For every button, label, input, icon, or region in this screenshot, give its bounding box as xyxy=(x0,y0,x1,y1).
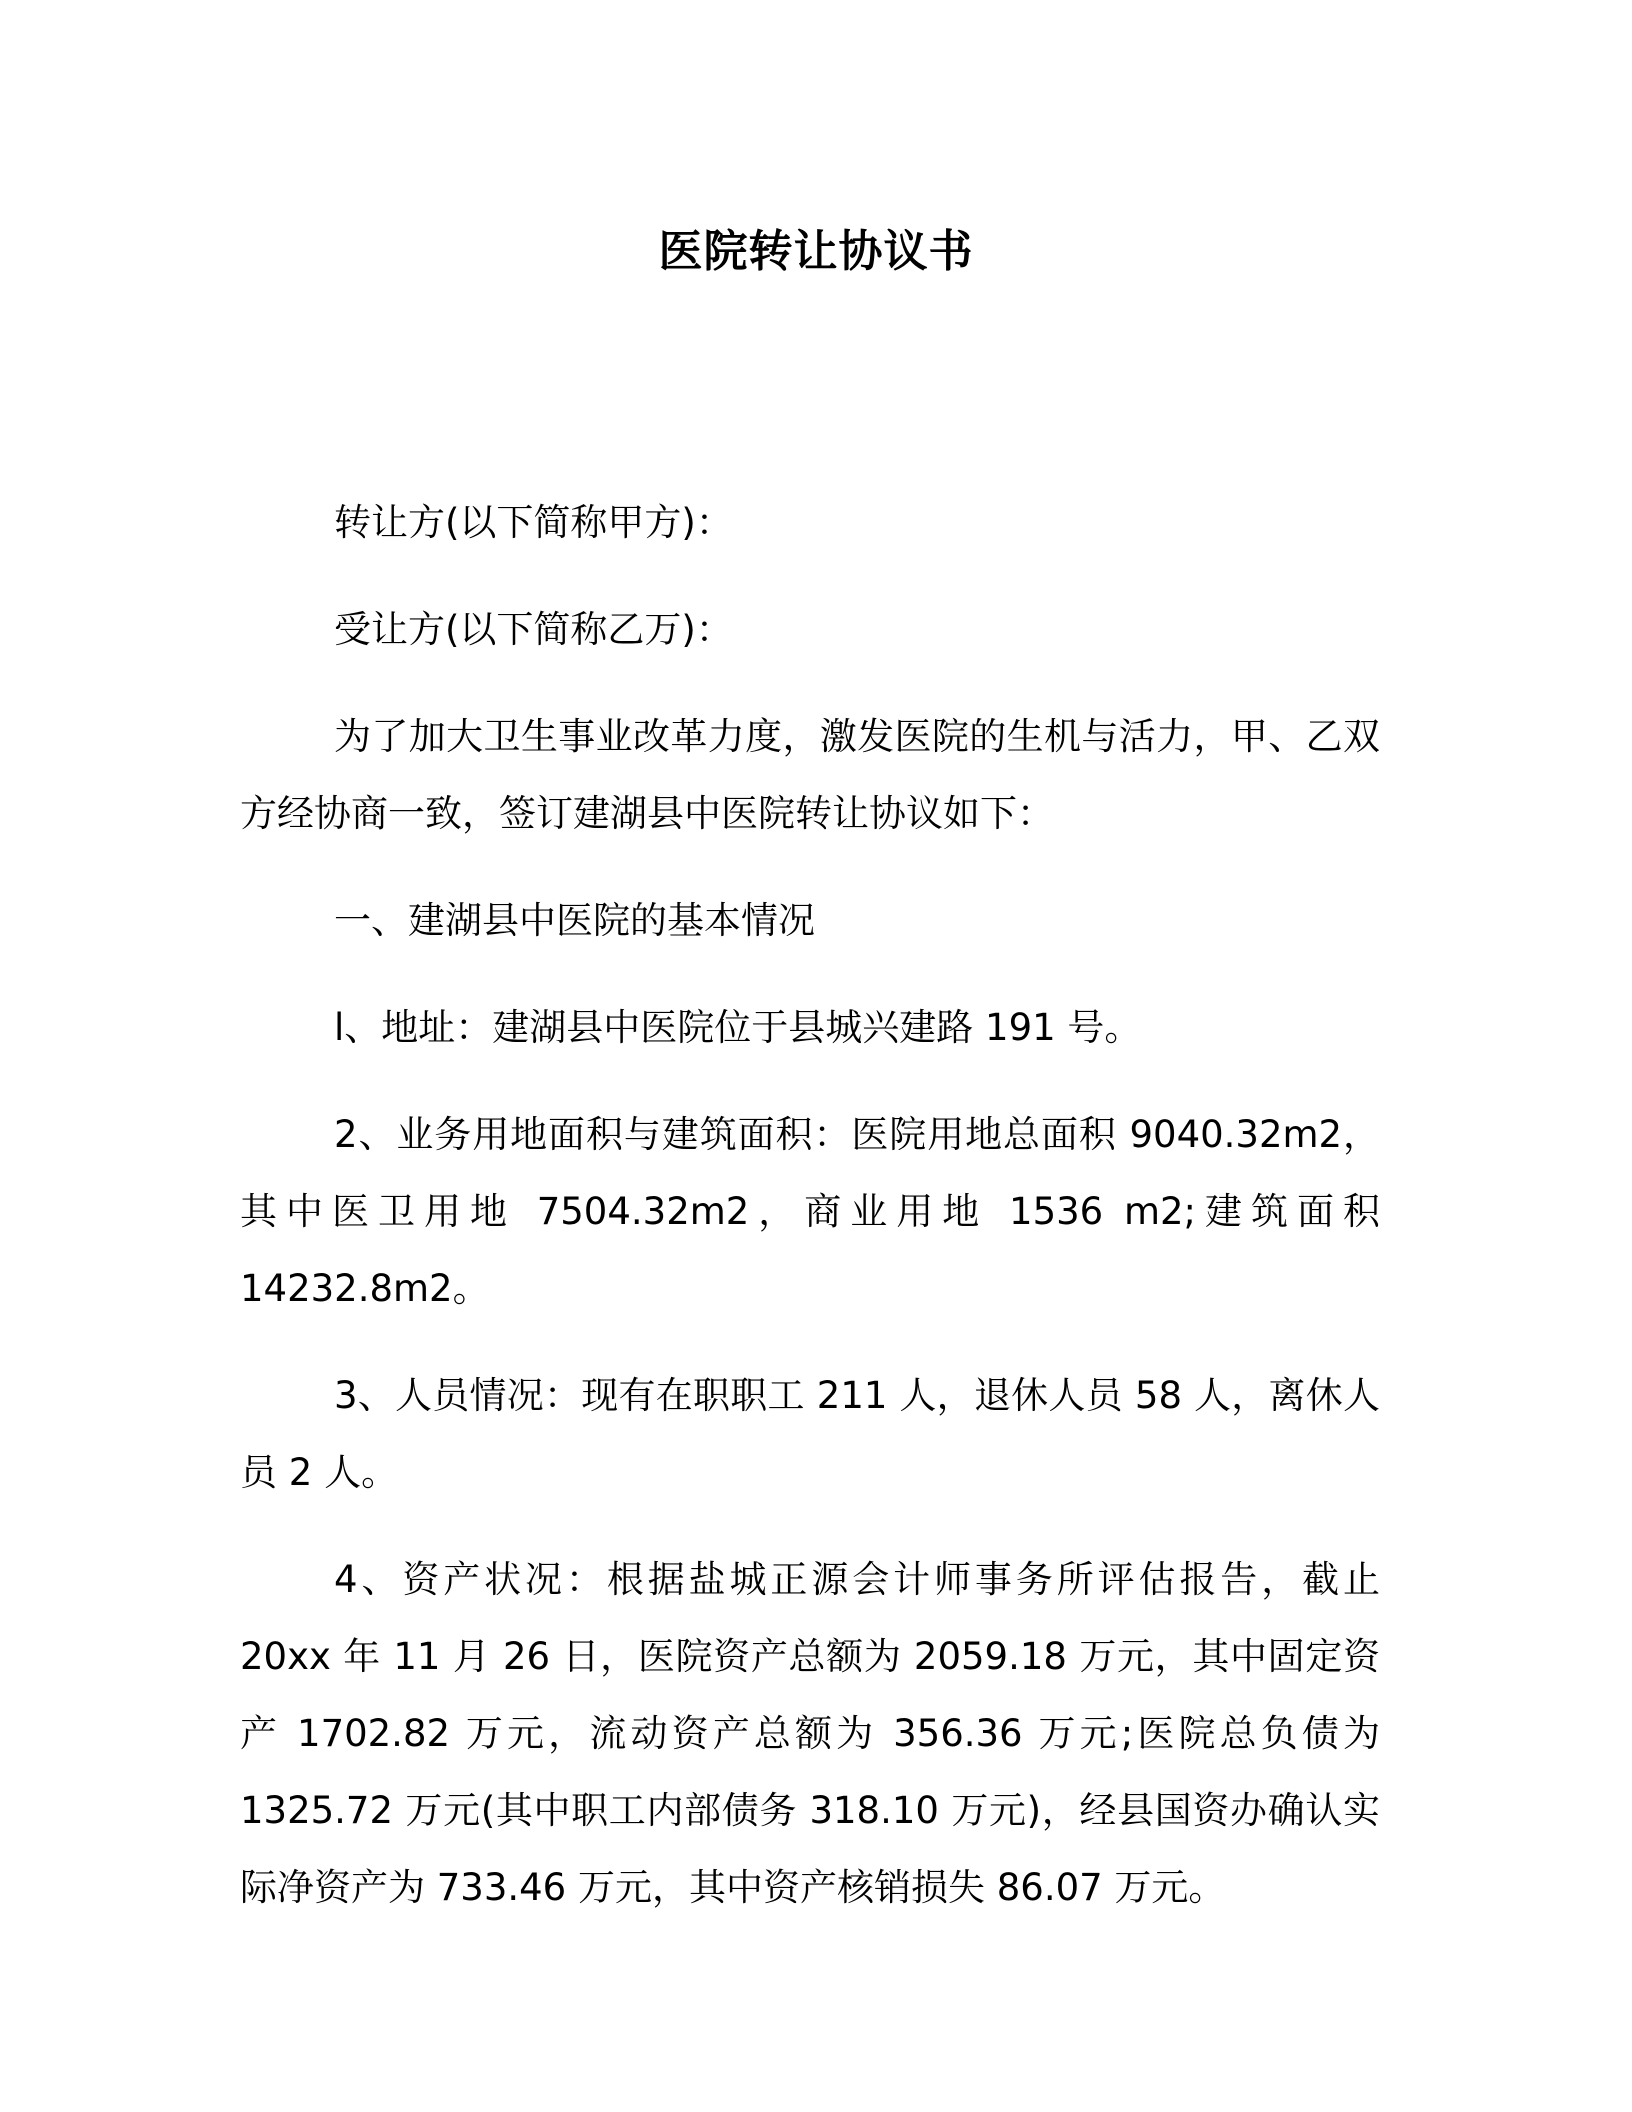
paragraph-transferor: 转让方(以下简称甲方)： xyxy=(240,484,1380,561)
document-body: 转让方(以下简称甲方)： 受让方(以下简称乙万)： 为了加大卫生事业改革力度，激… xyxy=(240,484,1380,1926)
paragraph-land-area: 2、业务用地面积与建筑面积：医院用地总面积 9040.32m2，其中医卫用地 7… xyxy=(240,1096,1380,1327)
paragraph-assets: 4、资产状况：根据盐城正源会计师事务所评估报告，截止 20xx 年 11 月 2… xyxy=(240,1541,1380,1926)
paragraph-preamble: 为了加大卫生事业改革力度，激发医院的生机与活力，甲、乙双方经协商一致，签订建湖县… xyxy=(240,698,1380,852)
document-page: 医院转让协议书 转让方(以下简称甲方)： 受让方(以下简称乙万)： 为了加大卫生… xyxy=(0,0,1632,2112)
paragraph-transferee: 受让方(以下简称乙万)： xyxy=(240,591,1380,668)
paragraph-address: l、地址：建湖县中医院位于县城兴建路 191 号。 xyxy=(240,989,1380,1066)
section-heading-basic-info: 一、建湖县中医院的基本情况 xyxy=(240,882,1380,959)
document-title: 医院转让协议书 xyxy=(0,222,1632,282)
paragraph-personnel: 3、人员情况：现有在职职工 211 人，退休人员 58 人，离休人员 2 人。 xyxy=(240,1357,1380,1511)
